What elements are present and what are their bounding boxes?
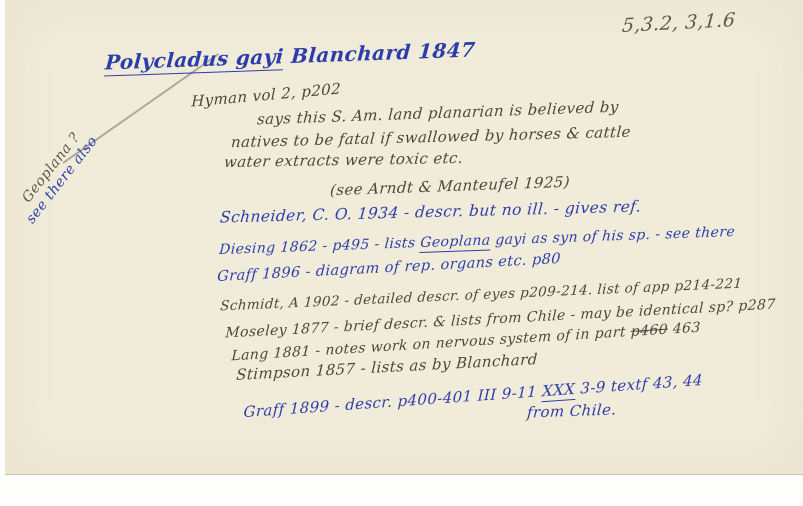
underlined-genus: Geoplana [420, 233, 491, 254]
margin-note: Geoplana ? see there also [19, 124, 101, 216]
entry-text: Graff 1899 - descr. p400-401 III 9-11 [243, 382, 542, 421]
card-title: Polycladus gayi Blanchard 1847 [104, 37, 476, 74]
hyman-see-ref: (see Arndt & Manteufel 1925) [329, 173, 570, 199]
species-name: Polycladus gayi [104, 44, 284, 76]
entry-from-chile: from Chile. [526, 400, 617, 421]
entry-schneider-1934: Schneider, C. O. 1934 - descr. but no il… [219, 197, 642, 226]
hyman-source: Hyman vol 2, p202 [191, 79, 341, 110]
scanned-page: 5,3.2, 3,1.6 Geoplana ? see there also P… [0, 0, 803, 506]
struck-page-number: p460 [630, 322, 668, 340]
species-author: Blanchard 1847 [290, 37, 476, 68]
entry-text: from Chile. [526, 400, 617, 421]
entry-text: Diesing 1862 - p495 - lists [219, 235, 421, 258]
index-card: 5,3.2, 3,1.6 Geoplana ? see there also P… [5, 0, 803, 474]
entry-text: 3-9 textf 43, 44 [575, 371, 703, 398]
entry-diesing-1862: Diesing 1862 - p495 - lists Geoplana gay… [219, 224, 736, 258]
hyman-line-3: water extracts were toxic etc. [223, 149, 464, 171]
entry-text: Schneider, C. O. 1934 - descr. but no il… [219, 197, 642, 226]
underlined-plate-ref: XXX [542, 380, 576, 402]
catalog-number: 5,3.2, 3,1.6 [621, 9, 736, 37]
entry-text: 463 [668, 320, 701, 338]
entry-text: gayi as syn of his sp. - see there [490, 224, 736, 249]
